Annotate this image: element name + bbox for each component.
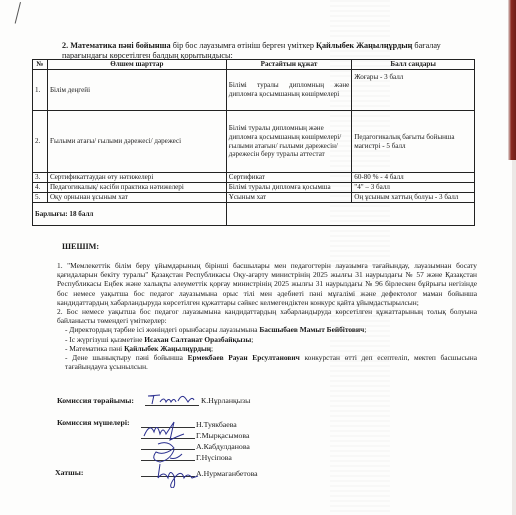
row-points: Оң ұсыным хаттың болуы - 3 балл [352, 193, 475, 203]
col-criteria: Өлшем шарттар [47, 60, 226, 70]
decision-paragraph-1: 1. "Мемлекеттік білім беру ұйымдарының б… [57, 261, 477, 307]
row-document: Ұсыным хат [226, 193, 352, 203]
table-row: 1. Білім деңгейі Білімі туралы дипломның… [33, 70, 475, 111]
section-heading: 2. Математика пәні бойынша бір бос лауаз… [62, 41, 482, 60]
row-criterion: Білім деңгейі [47, 70, 226, 111]
heading-bold: 2. Математика пәні бойынша [62, 41, 171, 50]
total-empty [226, 203, 474, 226]
member-name: А.Кабдулданова [196, 442, 250, 451]
candidate-name: Басшыбаев Мамыт Бейбітович [259, 325, 364, 334]
table-row: 5. Оқу орнынан ұсыным хат Ұсыным хат Оң … [33, 193, 475, 203]
candidate-name: Исахан Салтанат Оразбайқызы [144, 335, 251, 344]
decision-title: ШЕШІМ: [62, 242, 99, 251]
col-number: № [33, 60, 48, 70]
secretary-name: А.Нурмаганбетова [196, 469, 258, 478]
candidate-name: Ермекбаев Рауан Ерсултанович [188, 353, 300, 362]
row-number: 4. [33, 183, 48, 193]
row-number: 3. [33, 173, 48, 183]
chair-signature-icon [146, 392, 198, 406]
row-points: "4" – 3 балл [352, 183, 475, 193]
row-criterion: Сертификаттаудан өту нәтижелері [47, 173, 226, 183]
table-row: 2. Ғылыми атағы/ ғылыми дәрежесі/ дәреже… [33, 111, 475, 173]
row-number: 5. [33, 193, 48, 203]
chair-label: Комиссия төрайымы: [57, 396, 134, 405]
candidate-item: - Директордың тәрбие ісі жөніндегі орынб… [57, 325, 477, 334]
row-criterion: Ғылыми атағы/ ғылыми дәрежесі/ дәрежесі [47, 111, 226, 173]
chair-name: К.Нұрланқызы [201, 396, 250, 405]
row-points: Педагогикалық бағыты бойынша магистрі - … [352, 111, 475, 173]
total-label: Барлығы: 18 балл [33, 203, 227, 226]
table-header-row: № Өлшем шарттар Растайтын құжат Балл сан… [33, 60, 475, 70]
row-criterion: Педагогикалық/ кәсіби практика нәтижелер… [47, 183, 226, 193]
table-total-row: Барлығы: 18 балл [33, 203, 475, 226]
col-document: Растайтын құжат [226, 60, 352, 70]
row-document: Білімі туралы дипломның және дипломға қо… [226, 111, 352, 173]
heading-text: бір бос лауазымға өтініш берген үміткер [171, 41, 316, 50]
member-name: Г.Нүсіпова [196, 453, 232, 462]
candidate-item: - Дене шынықтыру пәні бойынша Ермекбаев … [57, 353, 477, 371]
heading-candidate: Қайлыбек Жаңылңұрдың [316, 41, 412, 50]
row-number: 1. [33, 70, 48, 111]
criteria-table: № Өлшем шарттар Растайтын құжат Балл сан… [32, 59, 475, 226]
members-label: Комиссия мүшелері: [57, 418, 130, 427]
col-points: Балл сандары [352, 60, 475, 70]
row-document: Білімі туралы дипломның және дипломға қо… [226, 70, 352, 111]
row-number: 2. [33, 111, 48, 173]
row-criterion: Оқу орнынан ұсыным хат [47, 193, 226, 203]
row-points: Жоғары - 3 балл [352, 70, 475, 111]
members-signature-icon [140, 414, 202, 468]
scan-edge-red [508, 0, 516, 160]
member-name: Н.Туякбаева [196, 420, 237, 429]
row-document: Білімі туралы дипломға қосымша [226, 183, 352, 193]
decision-body: 1. "Мемлекеттік білім беру ұйымдарының б… [57, 261, 477, 371]
member-name: Г.Мырқасымова [196, 431, 249, 440]
table-row: 3. Сертификаттаудан өту нәтижелері Серти… [33, 173, 475, 183]
candidate-item: - Математика пәні Қайлыбек Жаңылңұрдың; [57, 344, 477, 353]
scan-edge [512, 160, 516, 515]
decision-paragraph-2: 2. Бос немесе уақытша бос педагог лауазы… [57, 307, 477, 325]
table-row: 4. Педагогикалық/ кәсіби практика нәтиже… [33, 183, 475, 193]
candidate-name: Қайлыбек Жаңылңұрдың [124, 344, 211, 353]
pen-mark [15, 2, 21, 24]
secretary-label: Хатшы: [55, 468, 83, 477]
row-points: 60-80 % - 4 балл [352, 173, 475, 183]
candidate-item: - Іс жүргізуші қызметіне Исахан Салтанат… [57, 335, 477, 344]
row-document: Сертификат [226, 173, 352, 183]
